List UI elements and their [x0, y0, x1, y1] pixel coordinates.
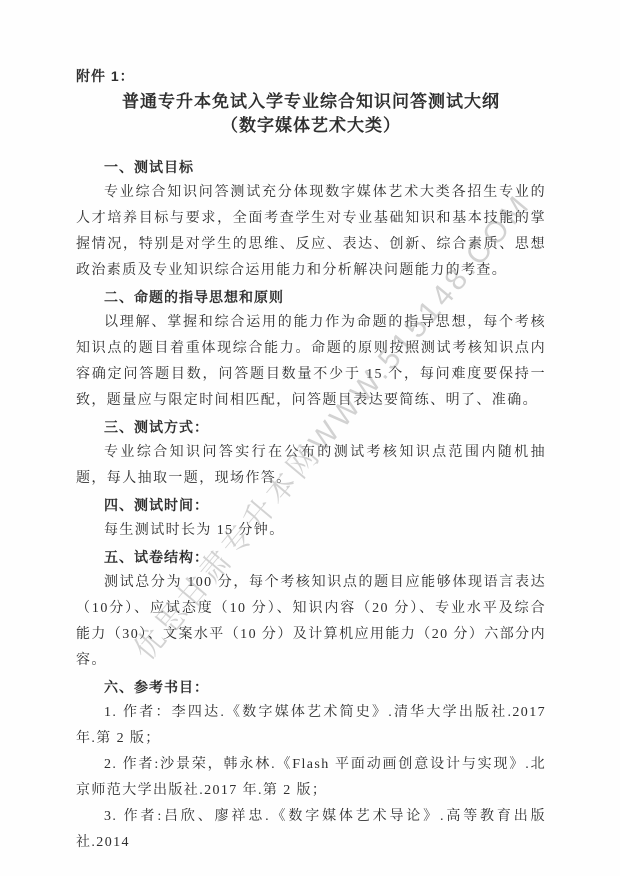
section-1-paragraph: 专业综合知识问答测试充分体现数字媒体艺术大类各招生专业的人才培养目标与要求，全面…	[76, 180, 546, 284]
section-2-heading: 二、命题的指导思想和原则	[76, 284, 546, 310]
reference-item-1: 1. 作者：李四达.《数字媒体艺术简史》.清华大学出版社.2017 年.第 2 …	[76, 700, 546, 752]
section-6-heading: 六、参考书目：	[76, 674, 546, 700]
document-page: 优思甘肃专升本网WWW.515148.COM 附件 1： 普通专升本免试入学专业…	[0, 0, 620, 876]
section-4-paragraph: 每生测试时长为 15 分钟。	[76, 518, 546, 544]
reference-item-2: 2. 作者:沙景荣，韩永林.《Flash 平面动画创意设计与实现》.北京师范大学…	[76, 752, 546, 804]
document-title: 普通专升本免试入学专业综合知识问答测试大纲	[76, 90, 546, 114]
section-5-heading: 五、试卷结构：	[76, 544, 546, 570]
section-5-paragraph: 测试总分为 100 分，每个考核知识点的题目应能够体现语言表达（10分）、应试态…	[76, 570, 546, 674]
attachment-label: 附件 1：	[76, 66, 546, 86]
section-1-heading: 一、测试目标	[76, 154, 546, 180]
section-3-paragraph: 专业综合知识问答实行在公布的测试考核知识点范围内随机抽题，每人抽取一题，现场作答…	[76, 440, 546, 492]
document-body: 一、测试目标 专业综合知识问答测试充分体现数字媒体艺术大类各招生专业的人才培养目…	[76, 154, 546, 856]
section-2-paragraph: 以理解、掌握和综合运用的能力作为命题的指导思想，每个考核知识点的题目着重体现综合…	[76, 310, 546, 414]
document-subtitle: （数字媒体艺术大类）	[76, 114, 546, 138]
document-title-block: 普通专升本免试入学专业综合知识问答测试大纲 （数字媒体艺术大类）	[76, 90, 546, 138]
reference-item-3: 3. 作者:吕欣、廖祥忠.《数字媒体艺术导论》.高等教育出版社.2014	[76, 804, 546, 856]
section-3-heading: 三、测试方式：	[76, 414, 546, 440]
section-4-heading: 四、测试时间：	[76, 492, 546, 518]
